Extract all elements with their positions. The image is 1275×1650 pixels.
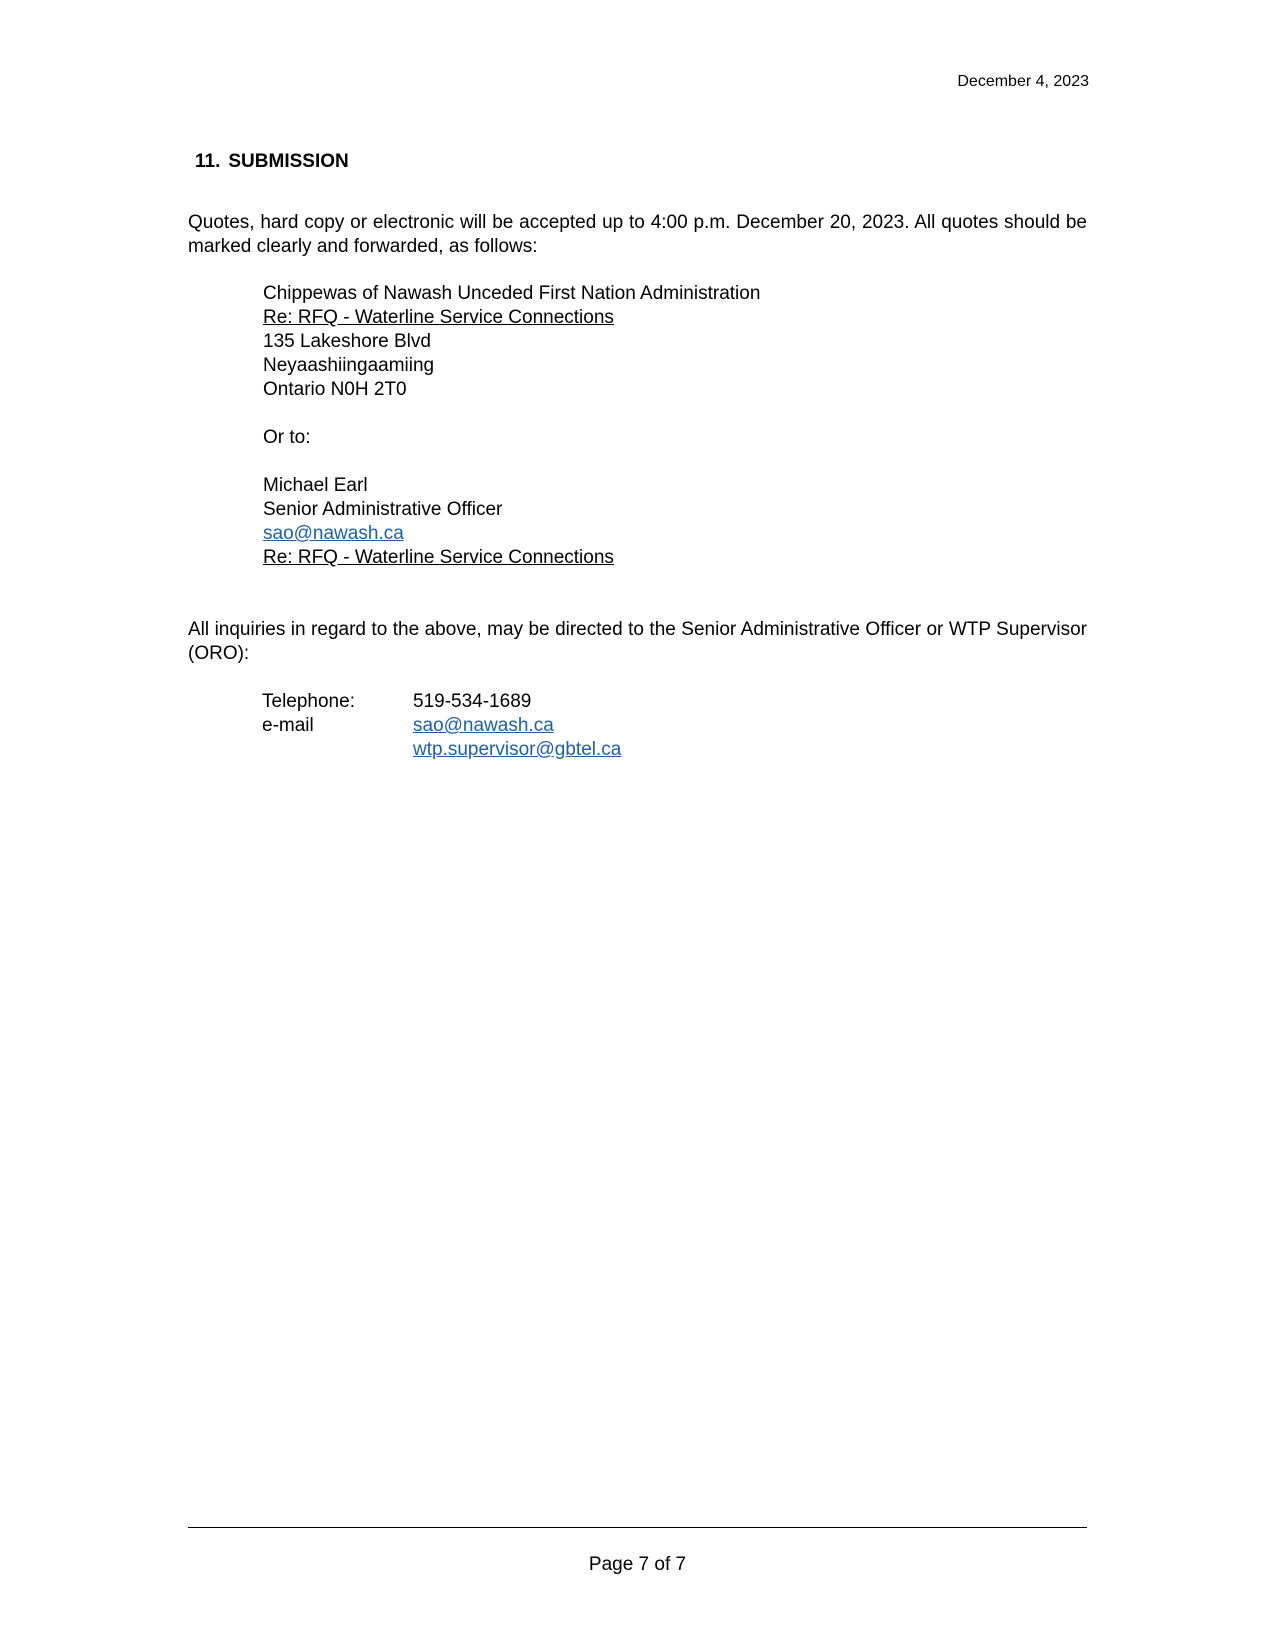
section-title: SUBMISSION (228, 151, 348, 172)
contact-email-link[interactable]: sao@nawash.ca (263, 523, 404, 544)
contact-details: Telephone: 519-534-1689 e-mail sao@nawas… (262, 690, 621, 762)
telephone-value: 519-534-1689 (413, 690, 531, 714)
contact-name: Michael Earl (263, 474, 760, 498)
email-link-sao[interactable]: sao@nawash.ca (413, 714, 554, 738)
mailing-address-block: Chippewas of Nawash Unceded First Nation… (263, 282, 760, 570)
contact-re-line: Re: RFQ - Waterline Service Connections (263, 547, 614, 568)
footer-divider (188, 1527, 1087, 1528)
address-city: Neyaashiingaamiing (263, 354, 760, 378)
address-street: 135 Lakeshore Blvd (263, 330, 760, 354)
section-heading: 11.SUBMISSION (195, 151, 349, 173)
section-number: 11. (195, 151, 220, 172)
email-label: e-mail (262, 714, 413, 738)
address-province-postal: Ontario N0H 2T0 (263, 378, 760, 402)
telephone-label: Telephone: (262, 690, 413, 714)
address-re-line: Re: RFQ - Waterline Service Connections (263, 307, 614, 328)
document-date: December 4, 2023 (957, 73, 1089, 91)
address-org: Chippewas of Nawash Unceded First Nation… (263, 282, 760, 306)
inquiries-paragraph: All inquiries in regard to the above, ma… (188, 618, 1087, 666)
contact-title: Senior Administrative Officer (263, 498, 760, 522)
intro-paragraph: Quotes, hard copy or electronic will be … (188, 211, 1087, 259)
email-link-wtp-supervisor[interactable]: wtp.supervisor@gbtel.ca (413, 738, 621, 762)
page-number: Page 7 of 7 (0, 1554, 1275, 1576)
or-to-label: Or to: (263, 426, 760, 450)
